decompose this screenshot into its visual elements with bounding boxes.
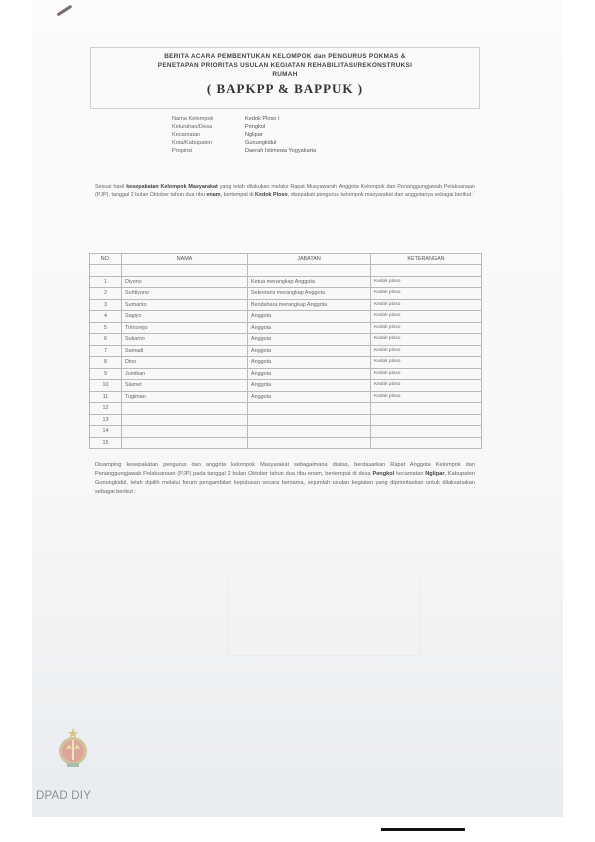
cell-jabatan: Anggota xyxy=(248,380,371,392)
title-line-1: BERITA ACARA PEMBENTUKAN KELOMPOK dan PE… xyxy=(91,52,479,61)
cell-keterangan: Kedok ploso xyxy=(371,357,482,369)
paragraph-priorities: Disamping kesepakatan pengurus dan anggo… xyxy=(95,461,475,497)
info-row: Nama KelompokKedok Ploso I xyxy=(172,115,316,123)
table-row: 12 xyxy=(90,403,482,415)
cell-no: 13 xyxy=(90,414,122,426)
info-label: Kelurahan/Desa xyxy=(172,123,245,131)
signature-line xyxy=(381,828,465,831)
header-no: NO. xyxy=(90,254,122,265)
cell-nama xyxy=(122,403,248,415)
cell-nama: Diyono xyxy=(122,276,248,288)
info-row: Kota/KabupatenGunungkidul xyxy=(172,139,316,147)
header-jabatan: JABATAN xyxy=(248,254,371,265)
header-nama: NAMA xyxy=(122,254,248,265)
cell-jabatan: Ketua merangkap Anggota xyxy=(248,276,371,288)
cell-jabatan: Anggota xyxy=(248,322,371,334)
cell-keterangan: Kedok ploso xyxy=(371,380,482,392)
bold-text: kesepakatan Kelompok Masyarakat xyxy=(126,184,218,190)
cell-keterangan: Kedok ploso xyxy=(371,334,482,346)
info-value: Nglipar xyxy=(245,131,263,139)
header-keterangan: KETERANGAN xyxy=(371,254,482,265)
table-row: 11TugimanAnggotaKedok ploso xyxy=(90,391,482,403)
cell-no: 5 xyxy=(90,322,122,334)
info-label: Kota/Kabupaten xyxy=(172,139,245,147)
text: kecamatan xyxy=(394,471,425,477)
info-value: Gunungkidul xyxy=(245,139,276,147)
members-table: NO. NAMA JABATAN KETERANGAN 1DiyonoKetua… xyxy=(89,253,482,449)
cell-nama: Sagiyo xyxy=(122,311,248,323)
cell-keterangan xyxy=(371,414,482,426)
cell-nama: Sukamo xyxy=(122,334,248,346)
table-row: 2SuhtiyonoSekretaris merangkap AnggotaKe… xyxy=(90,288,482,300)
cell-nama: Suhtiyono xyxy=(122,288,248,300)
bold-text: Pengkol xyxy=(372,471,394,477)
bold-text: Nglipar xyxy=(425,471,444,477)
paragraph-intro: Sesuai hasil kesepakatan Kelompok Masyar… xyxy=(95,183,475,199)
cell-nama: Sumanto xyxy=(122,299,248,311)
info-value: Daerah Istimewa Yogyakarta xyxy=(245,147,316,155)
cell-keterangan xyxy=(371,437,482,449)
cell-no: 15 xyxy=(90,437,122,449)
cell-no: 9 xyxy=(90,368,122,380)
cell-nama: Samadi xyxy=(122,345,248,357)
cell-no: 4 xyxy=(90,311,122,323)
cell-jabatan xyxy=(248,403,371,415)
cell-no: 7 xyxy=(90,345,122,357)
cell-jabatan: Anggota xyxy=(248,391,371,403)
cell-jabatan: Anggota xyxy=(248,345,371,357)
cell-jabatan xyxy=(248,437,371,449)
cell-keterangan: Kedok ploso xyxy=(371,276,482,288)
table-row: 4SagiyoAnggotaKedok ploso xyxy=(90,311,482,323)
table-row: 5TrimorejoAnggotaKedok ploso xyxy=(90,322,482,334)
bleed-through-stamp xyxy=(228,574,420,656)
group-info: Nama KelompokKedok Ploso IKelurahan/Desa… xyxy=(172,115,316,155)
cell-nama xyxy=(122,437,248,449)
table-row: 9JumikanAnggotaKedok ploso xyxy=(90,368,482,380)
info-label: Kecamatan xyxy=(172,131,245,139)
table-cell xyxy=(122,265,248,277)
cell-nama: Dino xyxy=(122,357,248,369)
cell-jabatan: Sekretaris merangkap Anggota xyxy=(248,288,371,300)
info-value: Pengkol xyxy=(245,123,265,131)
table-row: 14 xyxy=(90,426,482,438)
cell-nama: Tugiman xyxy=(122,391,248,403)
cell-jabatan: Anggota xyxy=(248,357,371,369)
cell-keterangan: Kedok ploso xyxy=(371,311,482,323)
title-block: BERITA ACARA PEMBENTUKAN KELOMPOK dan PE… xyxy=(90,47,480,109)
text: Sesuai hasil xyxy=(95,184,126,190)
text: , disepakati pengurus kelompok masyaraka… xyxy=(288,192,474,198)
cell-no: 8 xyxy=(90,357,122,369)
cell-no: 3 xyxy=(90,299,122,311)
info-label: Propinsi xyxy=(172,147,245,155)
cell-keterangan: Kedok ploso xyxy=(371,288,482,300)
info-row: KecamatanNglipar xyxy=(172,131,316,139)
cell-nama xyxy=(122,426,248,438)
cell-jabatan xyxy=(248,426,371,438)
watermark-label: DPAD DIY xyxy=(36,790,91,802)
info-row: Kelurahan/DesaPengkol xyxy=(172,123,316,131)
cell-keterangan xyxy=(371,426,482,438)
table-row: 1DiyonoKetua merangkap AnggotaKedok plos… xyxy=(90,276,482,288)
table-spacer-row xyxy=(90,265,482,277)
cell-no: 14 xyxy=(90,426,122,438)
title-line-2: PENETAPAN PRIORITAS USULAN KEGIATAN REHA… xyxy=(91,61,479,70)
cell-jabatan: Anggota xyxy=(248,311,371,323)
table-row: 3SumantoBendahara merangkap AnggotaKedok… xyxy=(90,299,482,311)
cell-keterangan: Kedok ploso xyxy=(371,368,482,380)
table-cell xyxy=(248,265,371,277)
coat-of-arms-icon xyxy=(55,727,91,769)
cell-nama xyxy=(122,414,248,426)
cell-no: 11 xyxy=(90,391,122,403)
cell-no: 10 xyxy=(90,380,122,392)
cell-keterangan xyxy=(371,403,482,415)
cell-nama: Slamet xyxy=(122,380,248,392)
cell-keterangan: Kedok ploso xyxy=(371,322,482,334)
cell-no: 6 xyxy=(90,334,122,346)
cell-keterangan: Kedok ploso xyxy=(371,299,482,311)
table-cell xyxy=(371,265,482,277)
cell-jabatan xyxy=(248,414,371,426)
table-row: 10SlametAnggotaKedok ploso xyxy=(90,380,482,392)
cell-no: 12 xyxy=(90,403,122,415)
title-line-3: RUMAH xyxy=(91,70,479,79)
info-label: Nama Kelompok xyxy=(172,115,245,123)
cell-jabatan: Anggota xyxy=(248,334,371,346)
text: , bertempat di xyxy=(221,192,255,198)
cell-jabatan: Bendahara merangkap Anggota xyxy=(248,299,371,311)
document-title: ( BAPKPP & BAPPUK ) xyxy=(91,81,479,97)
table-cell xyxy=(90,265,122,277)
cell-nama: Jumikan xyxy=(122,368,248,380)
cell-no: 2 xyxy=(90,288,122,300)
cell-keterangan: Kedok ploso xyxy=(371,391,482,403)
bold-text: enam xyxy=(206,192,220,198)
info-value: Kedok Ploso I xyxy=(245,115,280,123)
table-row: 6SukamoAnggotaKedok ploso xyxy=(90,334,482,346)
table-header-row: NO. NAMA JABATAN KETERANGAN xyxy=(90,254,482,265)
table-row: 8DinoAnggotaKedok ploso xyxy=(90,357,482,369)
cell-no: 1 xyxy=(90,276,122,288)
table-row: 13 xyxy=(90,414,482,426)
table-row: 7SamadiAnggotaKedok ploso xyxy=(90,345,482,357)
cell-jabatan: Anggota xyxy=(248,368,371,380)
info-row: PropinsiDaerah Istimewa Yogyakarta xyxy=(172,147,316,155)
cell-keterangan: Kedok ploso xyxy=(371,345,482,357)
table-row: 15 xyxy=(90,437,482,449)
bold-text: Kedok Ploso xyxy=(255,192,288,198)
cell-nama: Trimorejo xyxy=(122,322,248,334)
